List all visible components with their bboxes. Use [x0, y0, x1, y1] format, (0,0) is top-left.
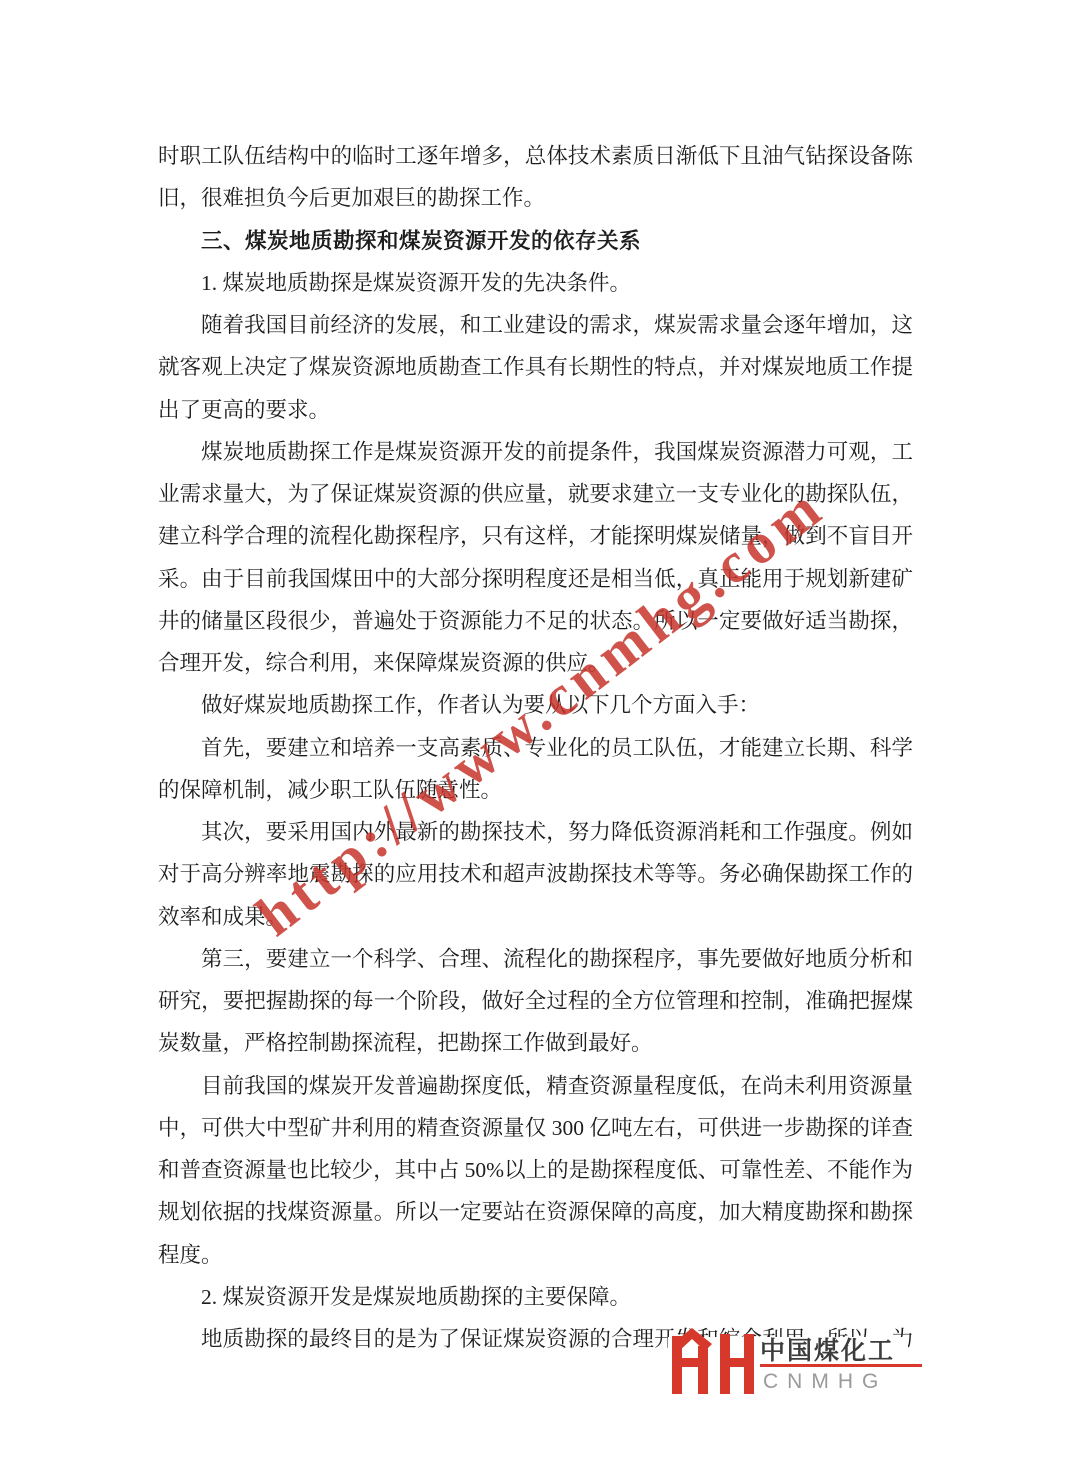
text-line: 研究，要把握勘探的每一个阶段，做好全过程的全方位管理和控制，准确把握煤 — [158, 986, 913, 1016]
logo-latin-name: CNMHG — [763, 1370, 887, 1394]
text-line: 1. 煤炭地质勘探是煤炭资源开发的先决条件。 — [158, 268, 913, 298]
text-line: 目前我国的煤炭开发普遍勘探度低，精查资源量程度低，在尚未利用资源量 — [158, 1071, 913, 1101]
document-page: 时职工队伍结构中的临时工逐年增多，总体技术素质日渐低下且油气钻探设备陈旧，很难担… — [0, 0, 1072, 1468]
text-line: 时职工队伍结构中的临时工逐年增多，总体技术素质日渐低下且油气钻探设备陈 — [158, 141, 913, 171]
text-line: 出了更高的要求。 — [158, 395, 913, 425]
cnmhg-logo: 中国煤化工 CNMHG — [668, 1322, 924, 1418]
text-line: 随着我国目前经济的发展，和工业建设的需求，煤炭需求量会逐年增加，这 — [158, 310, 913, 340]
text-line: 其次，要采用国内外最新的勘探技术，努力降低资源消耗和工作强度。例如 — [158, 817, 913, 847]
text-line: 中，可供大中型矿井利用的精查资源量仅 300 亿吨左右，可供进一步勘探的详查 — [158, 1113, 913, 1143]
text-line: 采。由于目前我国煤田中的大部分探明程度还是相当低，真正能用于规划新建矿 — [158, 564, 913, 594]
cnmhg-logo-icon — [672, 1328, 756, 1398]
text-line: 第三，要建立一个科学、合理、流程化的勘探程序，事先要做好地质分析和 — [158, 944, 913, 974]
text-line: 2. 煤炭资源开发是煤炭地质勘探的主要保障。 — [158, 1282, 913, 1312]
text-line: 和普查资源量也比较少，其中占 50%以上的是勘探程度低、可靠性差、不能作为 — [158, 1155, 913, 1185]
text-line: 程度。 — [158, 1240, 913, 1270]
logo-divider — [760, 1364, 922, 1367]
text-line: 规划依据的找煤资源量。所以一定要站在资源保障的高度，加大精度勘探和勘探 — [158, 1197, 913, 1227]
text-line: 炭数量，严格控制勘探流程，把勘探工作做到最好。 — [158, 1028, 913, 1058]
text-line: 的保障机制，减少职工队伍随意性。 — [158, 775, 913, 805]
section-heading: 三、煤炭地质勘探和煤炭资源开发的依存关系 — [158, 226, 913, 256]
text-line: 就客观上决定了煤炭资源地质勘查工作具有长期性的特点，并对煤炭地质工作提 — [158, 352, 913, 382]
logo-chinese-name: 中国煤化工 — [760, 1331, 895, 1367]
text-line: 井的储量区段很少，普遍处于资源能力不足的状态。所以一定要做好适当勘探， — [158, 606, 913, 636]
text-line: 旧，很难担负今后更加艰巨的勘探工作。 — [158, 183, 913, 213]
text-line: 煤炭地质勘探工作是煤炭资源开发的前提条件，我国煤炭资源潜力可观，工 — [158, 437, 913, 467]
